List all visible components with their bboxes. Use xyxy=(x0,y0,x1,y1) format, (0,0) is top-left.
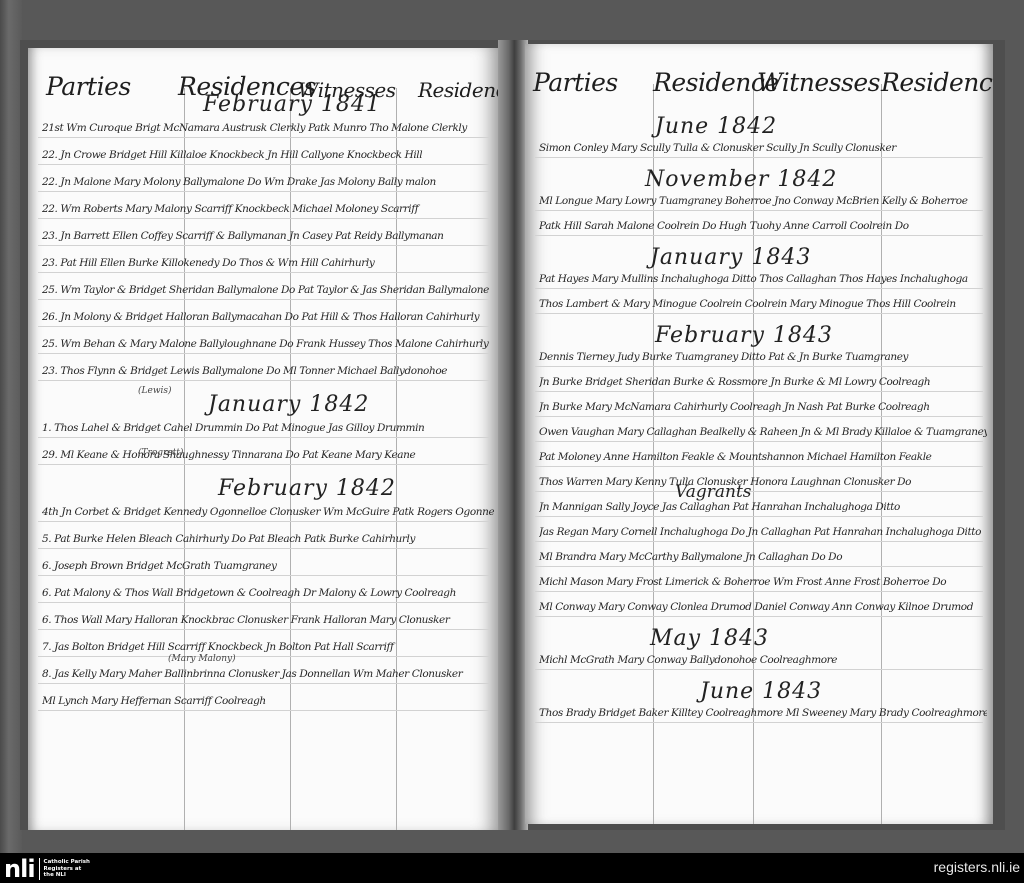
register-entry: Jn Burke Mary McNamara Cahirhurly Coolre… xyxy=(539,401,987,414)
book-gutter xyxy=(498,40,528,830)
column-header-witnesses: Witnesses xyxy=(757,68,880,97)
register-entry: Ml Brandra Mary McCarthy Ballymalone Jn … xyxy=(539,551,987,564)
ruled-line xyxy=(535,391,983,392)
register-entry: Ml Longue Mary Lowry Tuamgraney Boherroe… xyxy=(539,195,987,208)
ruled-line xyxy=(38,683,490,684)
register-entry: Thos Lambert & Mary Minogue Coolrein Coo… xyxy=(539,298,987,311)
ruled-line xyxy=(535,516,983,517)
month-heading: January 1842 xyxy=(208,392,369,417)
register-entry: 23. Pat Hill Ellen Burke Killokenedy Do … xyxy=(42,257,494,270)
ruled-line xyxy=(38,437,490,438)
ruled-line xyxy=(38,245,490,246)
ruled-line xyxy=(535,669,983,670)
ruled-line xyxy=(38,602,490,603)
register-entry: Dennis Tierney Judy Burke Tuamgraney Dit… xyxy=(539,351,987,364)
month-heading: February 1841 xyxy=(203,92,381,117)
register-entry: 6. Thos Wall Mary Halloran Knockbrac Clo… xyxy=(42,614,494,627)
register-entry: Michl McGrath Mary Conway Ballydonohoe C… xyxy=(539,654,987,667)
register-entry: 6. Joseph Brown Bridget McGrath Tuamgran… xyxy=(42,560,494,573)
ruled-line xyxy=(38,272,490,273)
ruled-line xyxy=(535,157,983,158)
column-header-parties: Parties xyxy=(46,72,131,101)
register-entry: 25. Wm Behan & Mary Malone Ballyloughnan… xyxy=(42,338,494,351)
logo-text: Catholic Parish Registers at the NLI xyxy=(44,859,90,879)
column-header-residence-2: Residence xyxy=(881,68,993,97)
right-page: Parties Residence Witnesses Residence Ju… xyxy=(525,44,993,824)
ruled-line xyxy=(38,164,490,165)
column-header-parties: Parties xyxy=(533,68,618,97)
ruled-line xyxy=(38,656,490,657)
register-entry: 25. Wm Taylor & Bridget Sheridan Ballyma… xyxy=(42,284,494,297)
logo-divider xyxy=(39,858,40,880)
ruled-line xyxy=(38,548,490,549)
register-entry: 8. Jas Kelly Mary Maher Ballinbrinna Clo… xyxy=(42,668,494,681)
register-entry: Pat Moloney Anne Hamilton Feakle & Mount… xyxy=(539,451,987,464)
month-heading: June 1842 xyxy=(655,114,777,139)
register-entry: 4th Jn Corbet & Bridget Kennedy Ogonnell… xyxy=(42,506,494,519)
ruled-line xyxy=(38,629,490,630)
ruled-line xyxy=(38,575,490,576)
ruled-line xyxy=(38,299,490,300)
ruled-line xyxy=(535,466,983,467)
register-entry: Jn Burke Bridget Sheridan Burke & Rossmo… xyxy=(539,376,987,389)
month-heading: November 1842 xyxy=(645,167,837,192)
month-heading: June 1843 xyxy=(700,679,822,704)
register-entry: 23. Jn Barrett Ellen Coffey Scarriff & B… xyxy=(42,230,494,243)
ruled-line xyxy=(38,464,490,465)
ruled-line xyxy=(535,313,983,314)
ruled-line xyxy=(535,541,983,542)
ruled-line xyxy=(535,566,983,567)
ruled-line xyxy=(535,210,983,211)
ruled-line xyxy=(38,521,490,522)
ruled-line xyxy=(535,491,983,492)
month-heading: May 1843 xyxy=(650,626,769,651)
register-book-scan: Parties Residences Witnesses Residence F… xyxy=(20,40,1005,830)
register-entry: 22. Wm Roberts Mary Malony Scarriff Knoc… xyxy=(42,203,494,216)
ruled-line xyxy=(38,353,490,354)
register-entry: Ml Lynch Mary Heffernan Scarriff Coolrea… xyxy=(42,695,494,708)
ruled-line xyxy=(535,416,983,417)
register-entry: 29. Ml Keane & Honora Shaughnessy Tinnar… xyxy=(42,449,494,462)
register-entry: 22. Jn Malone Mary Molony Ballymalone Do… xyxy=(42,176,494,189)
marginal-note: (Trogrett) xyxy=(138,448,183,458)
ruled-line xyxy=(38,137,490,138)
ruled-line xyxy=(38,191,490,192)
month-heading: February 1842 xyxy=(218,476,396,501)
ruled-line xyxy=(535,235,983,236)
scan-edge xyxy=(0,0,22,853)
image-viewer[interactable]: Parties Residences Witnesses Residence F… xyxy=(0,0,1024,853)
register-entry: 6. Pat Malony & Thos Wall Bridgetown & C… xyxy=(42,587,494,600)
column-header-residence: Residence xyxy=(418,78,500,102)
ruled-line xyxy=(535,722,983,723)
register-entry: Jn Mannigan Sally Joyce Jas Callaghan Pa… xyxy=(539,501,987,514)
register-entry: 21st Wm Curoque Brigt McNamara Austrusk … xyxy=(42,122,494,135)
left-page: Parties Residences Witnesses Residence F… xyxy=(28,48,500,830)
month-heading: January 1843 xyxy=(650,245,811,270)
register-entry: 1. Thos Lahel & Bridget Cahel Drummin Do… xyxy=(42,422,494,435)
register-entry: 5. Pat Burke Helen Bleach Cahirhurly Do … xyxy=(42,533,494,546)
site-link[interactable]: registers.nli.ie xyxy=(934,859,1020,875)
register-entry: Thos Warren Mary Kenny Tulla Clonusker H… xyxy=(539,476,987,489)
register-entry: Patk Hill Sarah Malone Coolrein Do Hugh … xyxy=(539,220,987,233)
register-entry: Simon Conley Mary Scully Tulla & Clonusk… xyxy=(539,142,987,155)
vagrants-label: Vagrants xyxy=(675,482,752,502)
register-entry: Michl Mason Mary Frost Limerick & Boherr… xyxy=(539,576,987,589)
footer-bar: nli Catholic Parish Registers at the NLI… xyxy=(0,853,1024,883)
register-entry: Jas Regan Mary Cornell Inchalughoga Do J… xyxy=(539,526,987,539)
ruled-line xyxy=(38,380,490,381)
register-entry: Thos Brady Bridget Baker Killtey Coolrea… xyxy=(539,707,987,720)
register-entry: 22. Jn Crowe Bridget Hill Killaloe Knock… xyxy=(42,149,494,162)
ruled-line xyxy=(535,591,983,592)
register-entry: Ml Conway Mary Conway Clonlea Drumod Dan… xyxy=(539,601,987,614)
register-entry: 23. Thos Flynn & Bridget Lewis Ballymalo… xyxy=(42,365,494,378)
ruled-line xyxy=(535,616,983,617)
ruled-line xyxy=(535,441,983,442)
register-entry: 7. Jas Bolton Bridget Hill Scarriff Knoc… xyxy=(42,641,494,654)
ruled-line xyxy=(535,288,983,289)
nli-logo[interactable]: nli Catholic Parish Registers at the NLI xyxy=(4,857,90,881)
ruled-line xyxy=(535,366,983,367)
marginal-note: (Lewis) xyxy=(138,386,172,396)
register-entry: Owen Vaughan Mary Callaghan Bealkelly & … xyxy=(539,426,987,439)
marginal-note: (Mary Malony) xyxy=(168,654,236,664)
ruled-line xyxy=(38,218,490,219)
nli-logo-mark: nli xyxy=(4,859,35,879)
ruled-line xyxy=(38,710,490,711)
register-entry: 26. Jn Molony & Bridget Halloran Ballyma… xyxy=(42,311,494,324)
month-heading: February 1843 xyxy=(655,323,833,348)
ruled-line xyxy=(38,326,490,327)
register-entry: Pat Hayes Mary Mullins Inchalughoga Ditt… xyxy=(539,273,987,286)
